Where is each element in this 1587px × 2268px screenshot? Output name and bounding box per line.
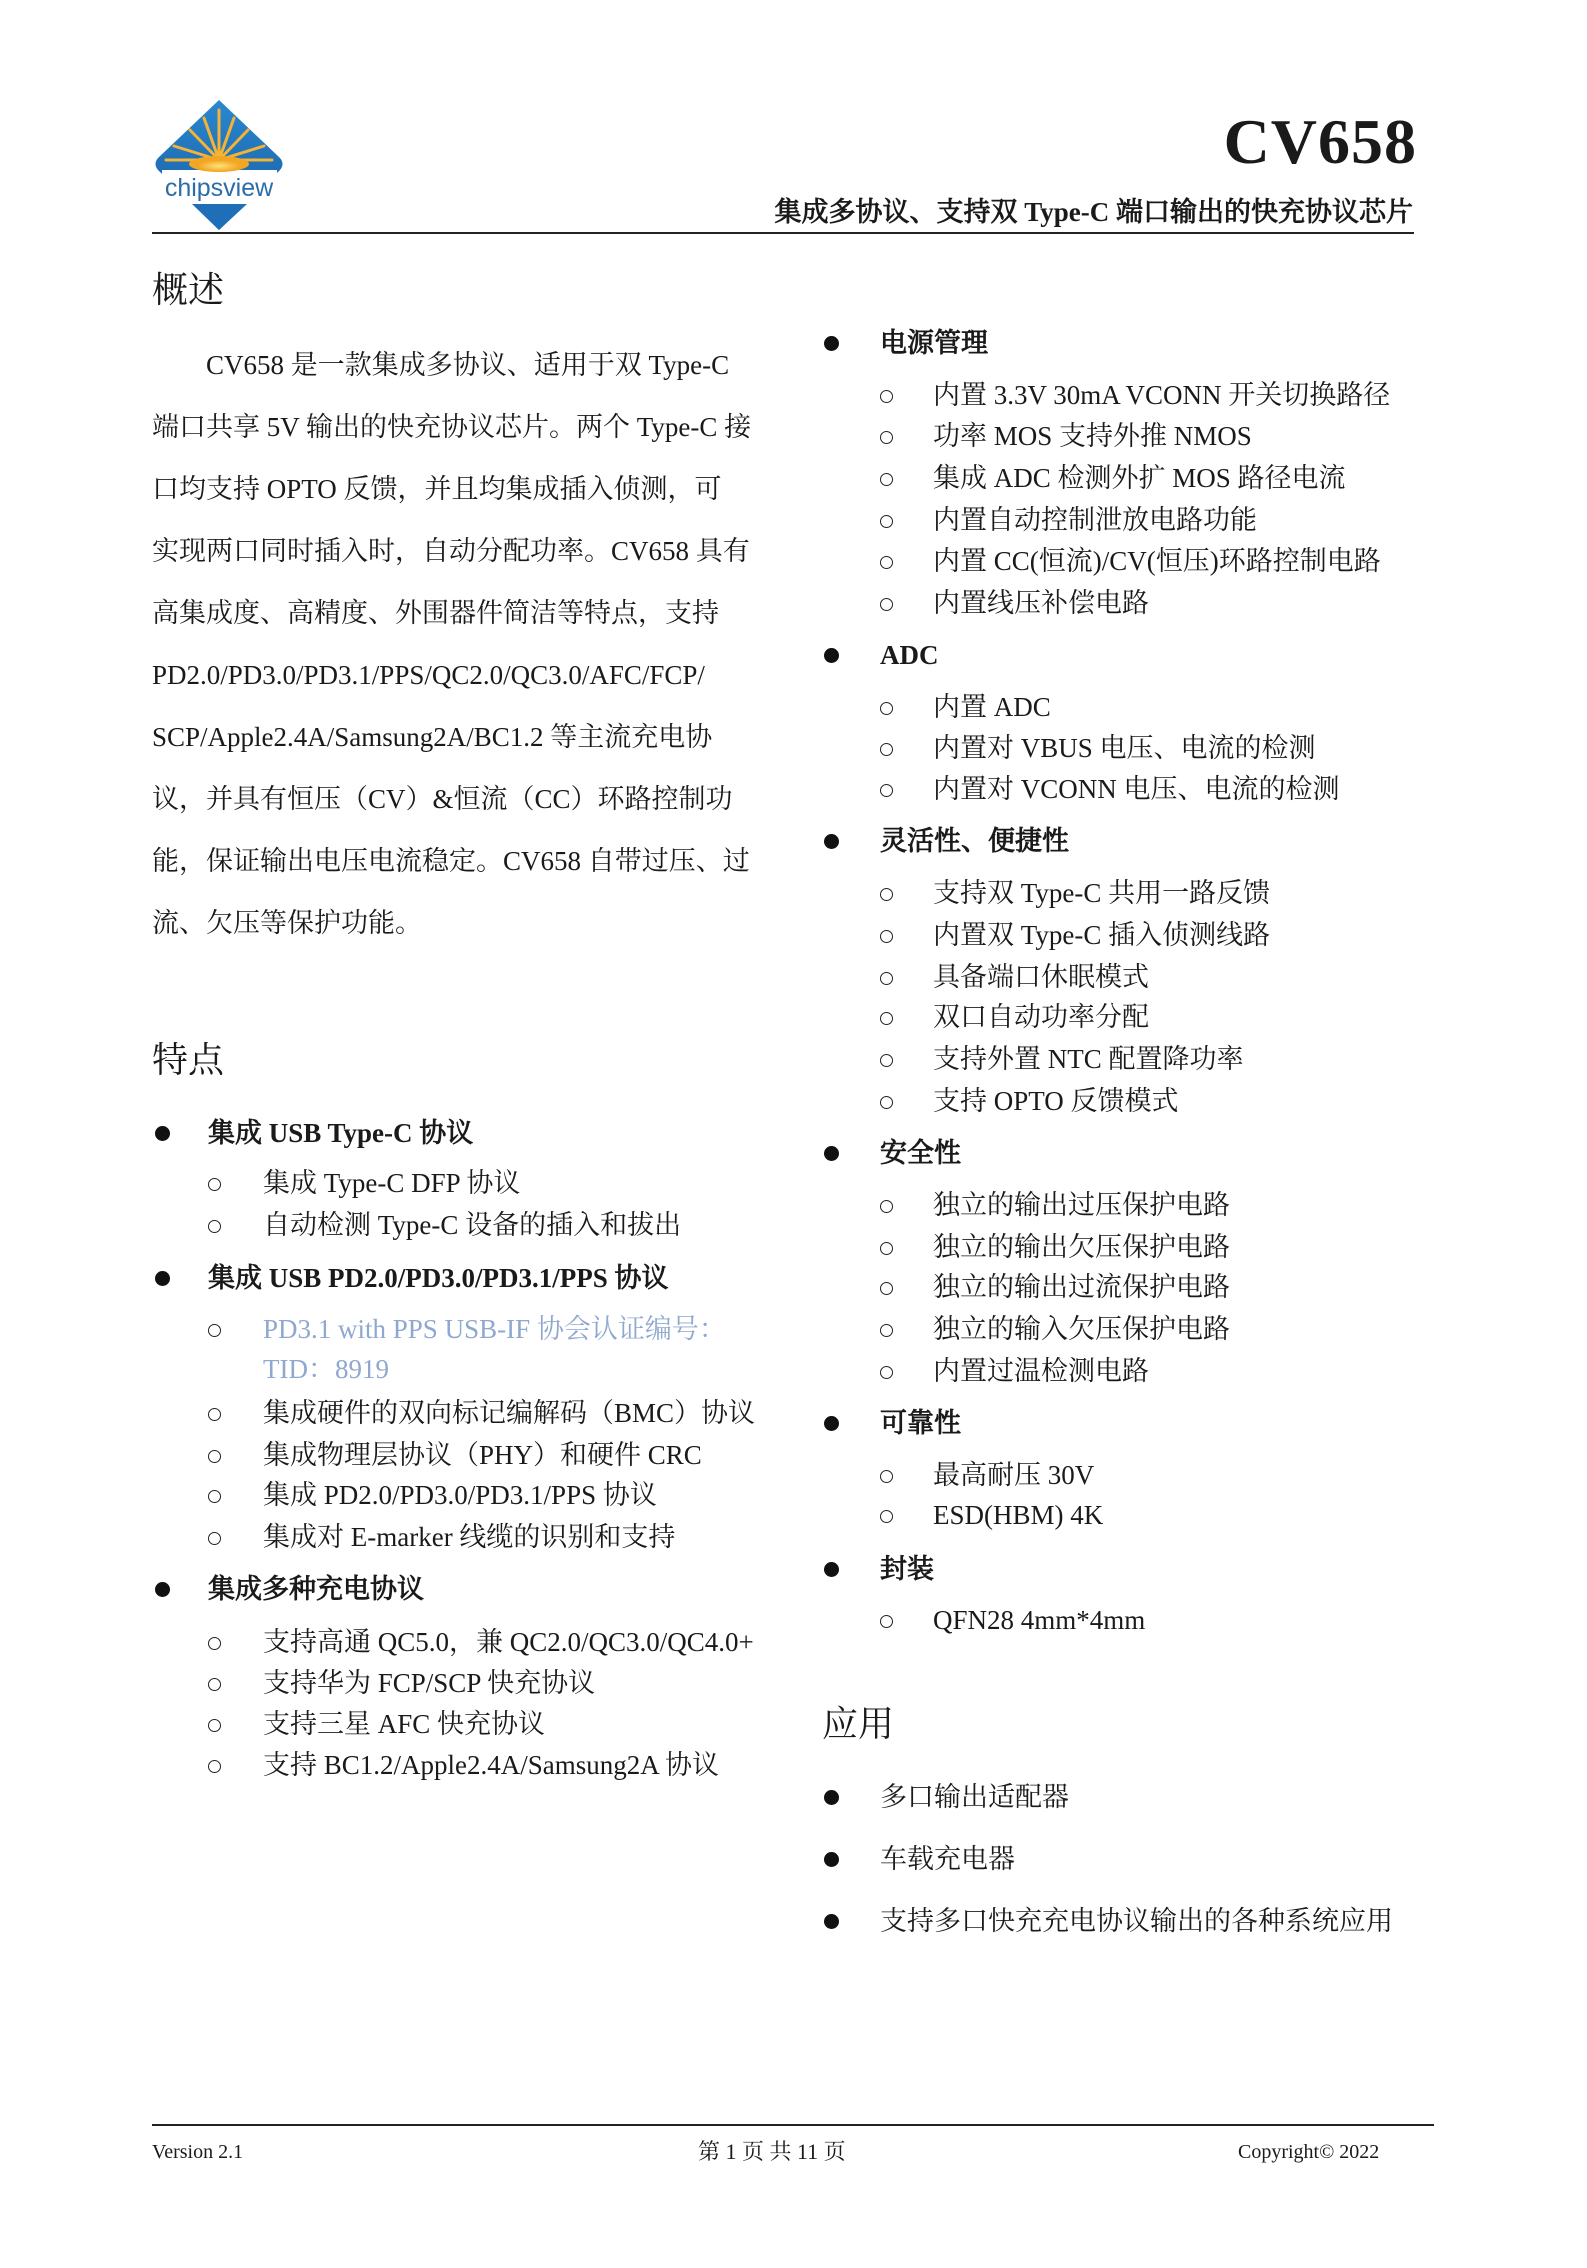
- bullet-icon: [824, 1562, 839, 1577]
- sub-bullet-icon: [208, 1408, 221, 1421]
- bullet-icon: [824, 1146, 839, 1161]
- bullet-icon: [824, 648, 839, 663]
- feature-item: 集成 Type-C DFP 协议: [263, 1166, 520, 1200]
- feature-item: 支持外置 NTC 配置降功率: [933, 1042, 1244, 1076]
- overview-line: 实现两口同时插入时，自动分配功率。CV658 具有: [152, 534, 750, 568]
- feature-item: 内置对 VCONN 电压、电流的检测: [933, 772, 1340, 806]
- bullet-icon: [155, 1582, 170, 1597]
- sub-bullet-icon: [880, 1366, 893, 1379]
- feature-item: 支持 OPTO 反馈模式: [933, 1084, 1179, 1118]
- features-heading: 特点: [152, 1038, 224, 1082]
- sub-bullet-icon: [880, 556, 893, 569]
- version-label: Version 2.1: [152, 2139, 243, 2165]
- feature-group-label: 集成多种充电协议: [208, 1572, 424, 1606]
- sub-bullet-icon: [880, 702, 893, 715]
- application-item: 多口输出适配器: [880, 1780, 1069, 1814]
- feature-group-label: 封装: [880, 1552, 934, 1586]
- bullet-icon: [824, 336, 839, 351]
- product-subtitle: 集成多协议、支持双 Type-C 端口输出的快充协议芯片: [775, 195, 1414, 229]
- sub-bullet-icon: [880, 1096, 893, 1109]
- feature-group-label: 安全性: [880, 1136, 961, 1170]
- overview-line: 议，并具有恒压（CV）&恒流（CC）环路控制功: [152, 782, 733, 816]
- feature-item: 内置对 VBUS 电压、电流的检测: [933, 731, 1316, 765]
- sub-bullet-icon: [208, 1220, 221, 1233]
- sub-bullet-icon: [880, 888, 893, 901]
- sub-bullet-icon: [880, 972, 893, 985]
- sub-bullet-icon: [880, 1054, 893, 1067]
- feature-item: 支持高通 QC5.0，兼 QC2.0/QC3.0/QC4.0+: [263, 1625, 754, 1659]
- sub-bullet-icon: [880, 1242, 893, 1255]
- application-item: 车载充电器: [880, 1842, 1015, 1876]
- sub-bullet-icon: [208, 1678, 221, 1691]
- feature-item: 内置 CC(恒流)/CV(恒压)环路控制电路: [933, 544, 1381, 578]
- bullet-icon: [155, 1271, 170, 1286]
- feature-item: 独立的输出过流保护电路: [933, 1270, 1230, 1304]
- sub-bullet-icon: [208, 1324, 221, 1337]
- sub-bullet-icon: [208, 1637, 221, 1650]
- feature-item: 独立的输出过压保护电路: [933, 1188, 1230, 1222]
- sub-bullet-icon: [208, 1490, 221, 1503]
- feature-item: 集成 PD2.0/PD3.0/PD3.1/PPS 协议: [263, 1478, 657, 1512]
- application-item: 支持多口快充充电协议输出的各种系统应用: [880, 1904, 1393, 1938]
- sub-bullet-icon: [208, 1450, 221, 1463]
- sub-bullet-icon: [880, 784, 893, 797]
- sub-bullet-icon: [880, 1615, 893, 1628]
- feature-item: 支持三星 AFC 快充协议: [263, 1707, 545, 1741]
- sub-bullet-icon: [880, 598, 893, 611]
- feature-item: 内置 3.3V 30mA VCONN 开关切换路径: [933, 378, 1390, 412]
- feature-group-label: 电源管理: [880, 326, 988, 360]
- feature-item: 内置双 Type-C 插入侦测线路: [933, 918, 1270, 952]
- feature-item: 最高耐压 30V: [933, 1458, 1094, 1492]
- feature-item: 独立的输入欠压保护电路: [933, 1312, 1230, 1346]
- sub-bullet-icon: [880, 1510, 893, 1523]
- sub-bullet-icon: [880, 743, 893, 756]
- bullet-icon: [824, 1790, 839, 1805]
- bullet-icon: [155, 1126, 170, 1141]
- applications-heading: 应用: [822, 1702, 894, 1746]
- feature-item: 支持双 Type-C 共用一路反馈: [933, 876, 1270, 910]
- overview-heading: 概述: [152, 268, 224, 312]
- feature-item: 双口自动功率分配: [933, 1000, 1149, 1034]
- overview-line: 口均支持 OPTO 反馈，并且均集成插入侦测，可: [152, 472, 722, 506]
- feature-item: 集成物理层协议（PHY）和硬件 CRC: [263, 1438, 702, 1472]
- sub-bullet-icon: [208, 1532, 221, 1545]
- product-title: CV658: [1224, 104, 1417, 180]
- feature-item: 内置自动控制泄放电路功能: [933, 503, 1257, 537]
- feature-group-label: 集成 USB Type-C 协议: [208, 1116, 473, 1150]
- page-indicator: 第 1 页 共 11 页: [698, 2139, 846, 2165]
- overview-line: 端口共享 5V 输出的快充协议芯片。两个 Type-C 接: [152, 410, 751, 444]
- sub-bullet-icon: [880, 390, 893, 403]
- sub-bullet-icon: [880, 473, 893, 486]
- feature-group-label: 集成 USB PD2.0/PD3.0/PD3.1/PPS 协议: [208, 1261, 669, 1295]
- overview-line: PD2.0/PD3.0/PD3.1/PPS/QC2.0/QC3.0/AFC/FC…: [152, 658, 705, 692]
- feature-item: 自动检测 Type-C 设备的插入和拔出: [263, 1208, 681, 1242]
- feature-item: QFN28 4mm*4mm: [933, 1603, 1145, 1637]
- overview-line: 高集成度、高精度、外围器件简洁等特点，支持: [152, 596, 719, 630]
- sub-bullet-icon: [880, 930, 893, 943]
- feature-group-label: 可靠性: [880, 1406, 961, 1440]
- feature-group-label: 灵活性、便捷性: [880, 824, 1069, 858]
- sub-bullet-icon: [208, 1760, 221, 1773]
- chipsview-logo: chipsview: [152, 98, 287, 233]
- logo-icon: chipsview: [152, 98, 287, 233]
- svg-text:chipsview: chipsview: [165, 174, 274, 202]
- usb-if-certification-link[interactable]: PD3.1 with PPS USB-IF 协会认证编号：: [263, 1312, 726, 1346]
- sub-bullet-icon: [208, 1719, 221, 1732]
- feature-item: 内置线压补偿电路: [933, 586, 1149, 620]
- sub-bullet-icon: [880, 1200, 893, 1213]
- overview-line: SCP/Apple2.4A/Samsung2A/BC1.2 等主流充电协: [152, 720, 712, 754]
- sub-bullet-icon: [880, 431, 893, 444]
- header-divider: [152, 232, 1414, 234]
- bullet-icon: [824, 1852, 839, 1867]
- overview-line: 流、欠压等保护功能。: [152, 906, 422, 940]
- usb-if-tid-link[interactable]: TID：8919: [263, 1352, 389, 1386]
- feature-item: 独立的输出欠压保护电路: [933, 1230, 1230, 1264]
- feature-group-label: ADC: [880, 638, 939, 672]
- bullet-icon: [824, 1914, 839, 1929]
- overview-line: 能，保证输出电压电流稳定。CV658 自带过压、过: [152, 844, 750, 878]
- sub-bullet-icon: [880, 1470, 893, 1483]
- bullet-icon: [824, 834, 839, 849]
- feature-item: 支持 BC1.2/Apple2.4A/Samsung2A 协议: [263, 1748, 719, 1782]
- sub-bullet-icon: [880, 1282, 893, 1295]
- feature-item: 集成 ADC 检测外扩 MOS 路径电流: [933, 461, 1346, 495]
- overview-line: CV658 是一款集成多协议、适用于双 Type-C: [206, 348, 729, 382]
- feature-item: 功率 MOS 支持外推 NMOS: [933, 419, 1252, 453]
- feature-item: 具备端口休眠模式: [933, 960, 1149, 994]
- feature-item: 内置 ADC: [933, 690, 1051, 724]
- feature-item: 集成对 E-marker 线缆的识别和支持: [263, 1520, 675, 1554]
- sub-bullet-icon: [880, 1012, 893, 1025]
- feature-item: 集成硬件的双向标记编解码（BMC）协议: [263, 1396, 755, 1430]
- sub-bullet-icon: [880, 1324, 893, 1337]
- feature-item: 支持华为 FCP/SCP 快充协议: [263, 1666, 595, 1700]
- feature-item: ESD(HBM) 4K: [933, 1498, 1103, 1532]
- feature-item: 内置过温检测电路: [933, 1354, 1149, 1388]
- sub-bullet-icon: [208, 1178, 221, 1191]
- footer-divider: [152, 2124, 1434, 2126]
- bullet-icon: [824, 1416, 839, 1431]
- copyright-label: Copyright© 2022: [1238, 2139, 1379, 2165]
- sub-bullet-icon: [880, 515, 893, 528]
